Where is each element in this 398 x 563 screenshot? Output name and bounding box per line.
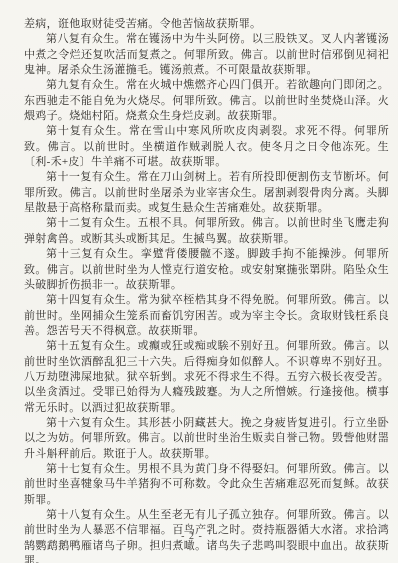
page-number: - 2 - bbox=[0, 531, 384, 542]
paragraph: 第十七复有众生。男根不具为黄门身不得娶妇。何罪所致。佛言。以前世时坐喜犍象马牛羊… bbox=[24, 462, 389, 508]
paragraph: 第十复有众生。常在雪山中寒风所吹皮肉剥裂。求死不得。何罪所致。佛言。以前世时。坐… bbox=[24, 124, 389, 170]
paragraph: 差病，诳他取财徒受苦痛。令他苦恼故获斯罪。 bbox=[24, 17, 389, 32]
paragraph: 第九复有众生。常在火城中燋燃齐心四门俱开。若欲趣向门即闭之。东西驰走不能自免为火… bbox=[24, 78, 389, 124]
paragraph: 第十六复有众生。其形甚小阴藏甚大。挽之身疲皆复进引。行立坐卧以之为妨。何罪所致。… bbox=[24, 416, 389, 462]
paragraph: 第十二复有众生。五根不具。何罪所致。佛言。以前世时坐飞鹰走狗弹射禽兽。或断其头或… bbox=[24, 216, 389, 247]
paragraph: 第十三复有众生。挛躄背偻腰髋不遂。脚跛手拘不能操涉。何罪所致。佛言。以前世时坐为… bbox=[24, 247, 389, 293]
paragraph: 第八复有众生。常在镬汤中为牛头阿傍。以三股铁叉。叉人内著镬汤中煮之令烂还复吹活而… bbox=[24, 32, 389, 78]
paragraph: 第十四复有众生。常为狱卒桎梏其身不得免脱。何罪所致。佛言。以前世时。坐网捕众生笼… bbox=[24, 293, 389, 339]
paragraph: 第十一复有众生。常在刀山剑树上。若有所投即便割伤支节断坏。何罪所致。佛言。以前世… bbox=[24, 170, 389, 216]
scanned-sutra-page: 差病，诳他取财徒受苦痛。令他苦恼故获斯罪。第八复有众生。常在镬汤中为牛头阿傍。以… bbox=[0, 0, 398, 563]
paragraph: 第十五复有众生。或癫或狂或痴或騃不别好丑。何罪所致。佛言。以前世时坐饮酒醉乱犯三… bbox=[24, 339, 389, 416]
paragraph-list: 差病，诳他取财徒受苦痛。令他苦恼故获斯罪。第八复有众生。常在镬汤中为牛头阿傍。以… bbox=[24, 17, 389, 563]
